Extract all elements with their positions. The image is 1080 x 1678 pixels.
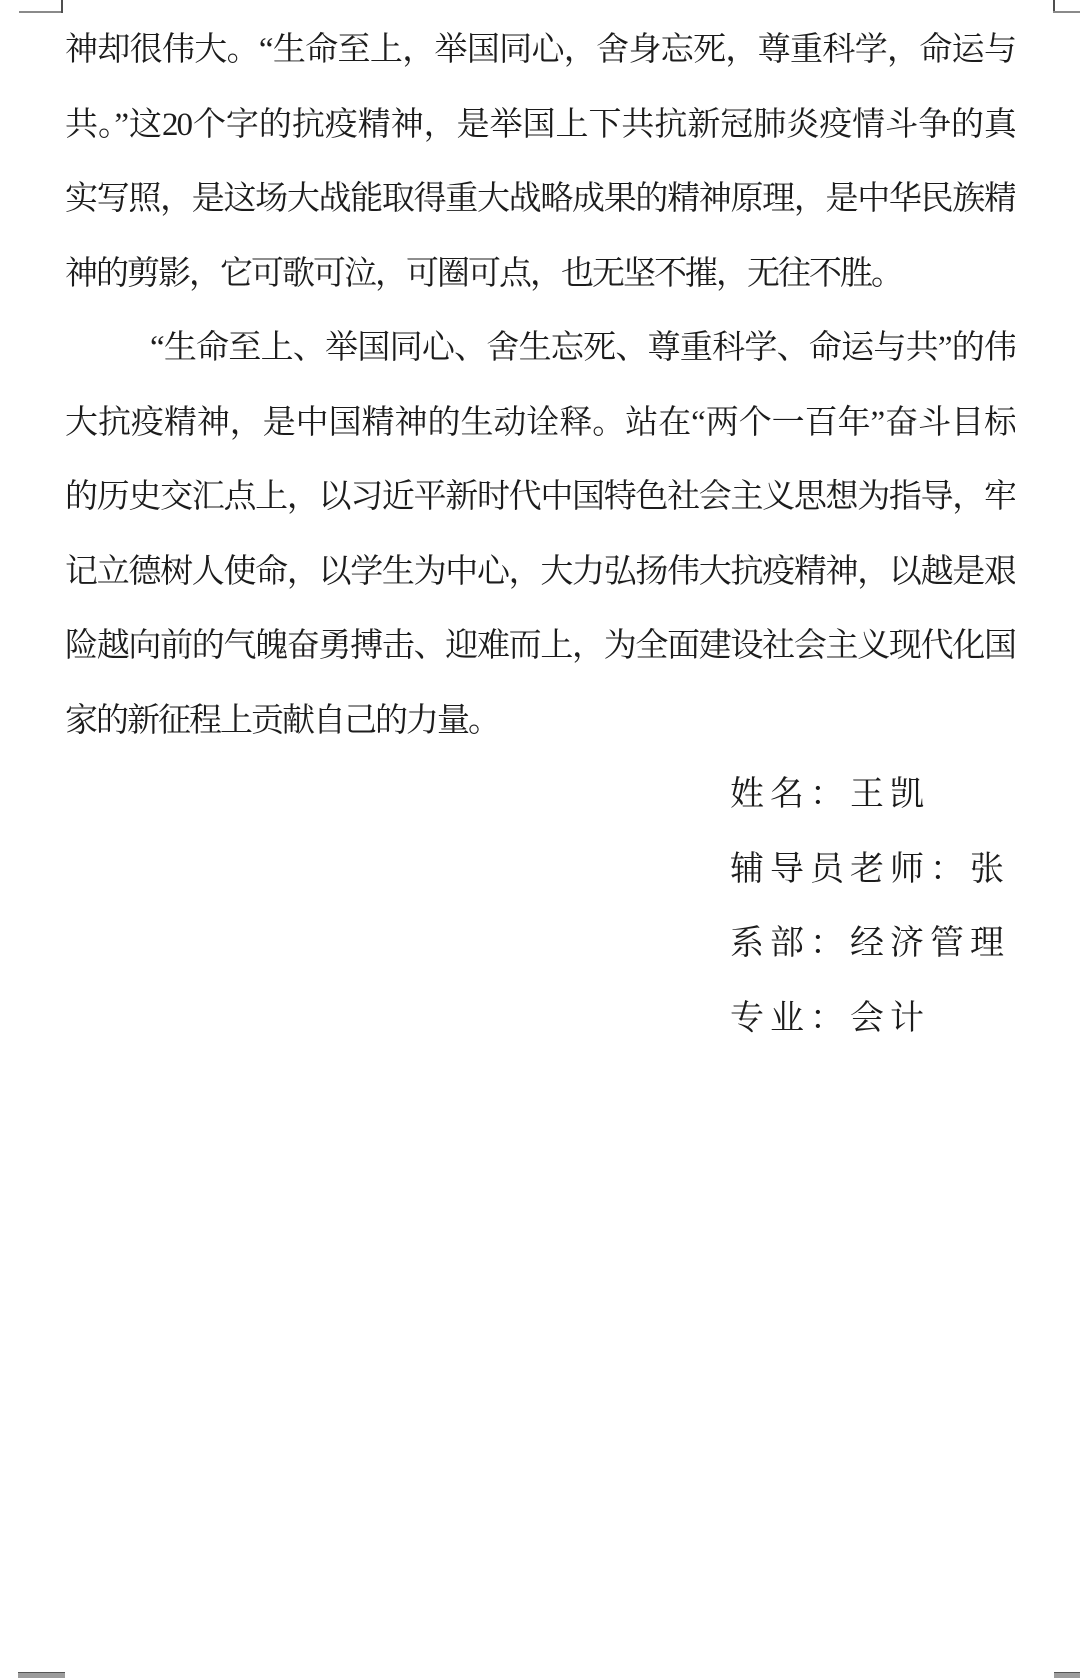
signature-major-line: 专业：会计 [65,982,1015,1057]
body-line: 神的剪影，它可歌可泣，可圈可点，也无坚不摧，无往不胜。 [65,237,1015,312]
signature-department-line: 系部：经济管理系 [65,907,1015,982]
signature-name-line: 姓名：王凯 [65,758,1015,833]
document-page: 神却很伟大。“生命至上，举国同心，舍身忘死，尊重科学，命运与 共。”这20个字的… [0,0,1080,1678]
document-text: 神却很伟大。“生命至上，举国同心，舍身忘死，尊重科学，命运与 共。”这20个字的… [65,13,1015,1056]
body-line: “生命至上、举国同心、舍生忘死、尊重科学、命运与共”的伟 [65,311,1015,386]
body-line: 家的新征程上贡献自己的力量。 [65,684,1015,759]
next-page-mark-bottom-left [18,1672,65,1678]
page-margin-mark-top-left-vertical [61,0,63,13]
body-line: 记立德树人使命，以学生为中心，大力弘扬伟大抗疫精神，以越是艰 [65,535,1015,610]
page-margin-mark-top-right-horizontal [1053,11,1080,13]
body-line: 险越向前的气魄奋勇搏击、迎难而上，为全面建设社会主义现代化国 [65,609,1015,684]
body-line: 实写照，是这场大战能取得重大战略成果的精神原理，是中华民族精 [65,162,1015,237]
body-line: 共。”这20个字的抗疫精神，是举国上下共抗新冠肺炎疫情斗争的真 [65,88,1015,163]
next-page-mark-bottom-right [1054,1672,1080,1678]
body-line: 的历史交汇点上，以习近平新时代中国特色社会主义思想为指导，牢 [65,460,1015,535]
page-margin-mark-top-left-horizontal [19,11,63,13]
body-line: 神却很伟大。“生命至上，举国同心，舍身忘死，尊重科学，命运与 [65,13,1015,88]
body-line: 大抗疫精神，是中国精神的生动诠释。站在“两个一百年”奋斗目标 [65,386,1015,461]
signature-counselor-line: 辅导员老师：张俊超 [65,833,1015,908]
